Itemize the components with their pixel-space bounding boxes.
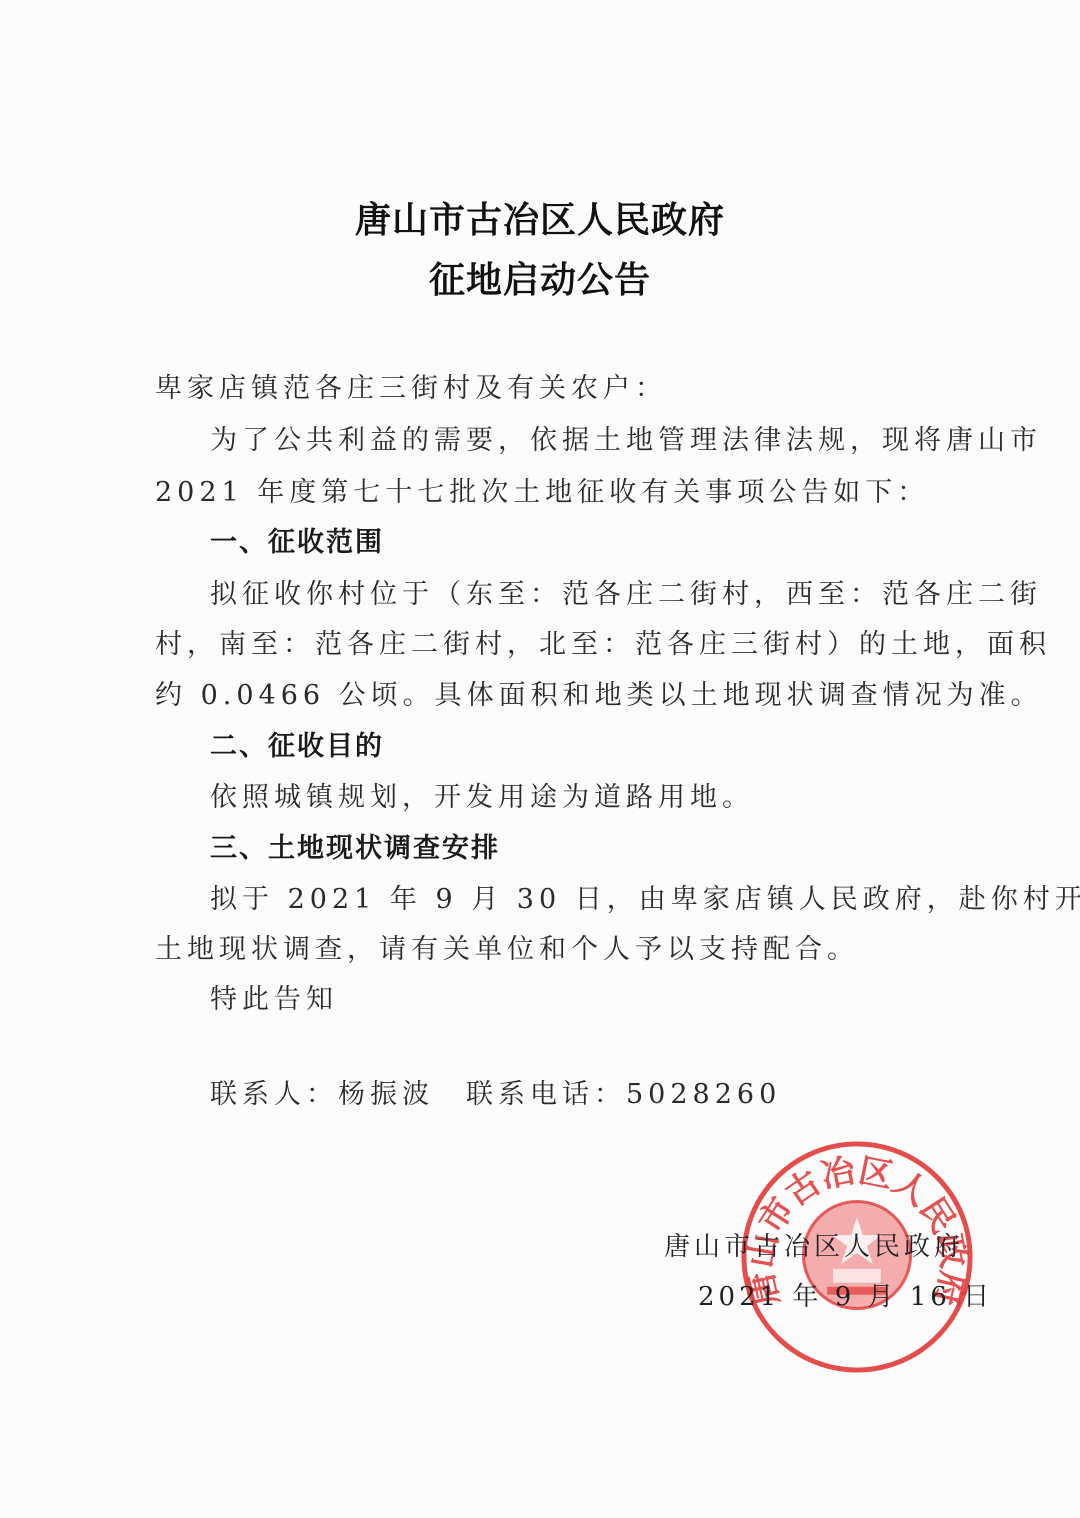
contact-info: 联系人：杨振波 联系电话：5028260 xyxy=(210,1072,781,1111)
title-line-1: 唐山市古冶区人民政府 xyxy=(0,192,1080,243)
title-line-2: 征地启动公告 xyxy=(0,252,1080,303)
section-3-line-2: 土地现状调查，请有关单位和个人予以支持配合。 xyxy=(155,927,859,966)
signature-organization: 唐山市古冶区人民政府 xyxy=(664,1226,964,1263)
addressee: 卑家店镇范各庄三街村及有关农户： xyxy=(155,366,667,405)
section-2-heading: 二、征收目的 xyxy=(210,724,384,763)
document-page: 唐山市古冶区人民政府 征地启动公告 卑家店镇范各庄三街村及有关农户： 为了公共利… xyxy=(0,0,1080,1518)
section-1-line-2: 村，南至：范各庄二街村，北至：范各庄三街村）的土地，面积 xyxy=(155,622,1051,661)
intro-line-1: 为了公共利益的需要，依据土地管理法律法规，现将唐山市 xyxy=(210,418,1042,457)
section-3-heading: 三、土地现状调查安排 xyxy=(210,826,500,865)
section-2-line-1: 依照城镇规划，开发用途为道路用地。 xyxy=(210,775,754,814)
section-1-heading: 一、征收范围 xyxy=(210,520,384,559)
closing-text: 特此告知 xyxy=(210,977,338,1016)
section-1-line-1: 拟征收你村位于（东至：范各庄二街村，西至：范各庄二街 xyxy=(210,572,1042,611)
section-1-line-3: 约 0.0466 公顷。具体面积和地类以土地现状调查情况为准。 xyxy=(155,673,1043,712)
signature-date: 2021 年 9 月 16 日 xyxy=(698,1276,993,1313)
section-3-line-1: 拟于 2021 年 9 月 30 日，由卑家店镇人民政府，赴你村开展 xyxy=(210,877,1080,916)
intro-line-2: 2021 年度第七十七批次土地征收有关事项公告如下： xyxy=(155,470,929,509)
